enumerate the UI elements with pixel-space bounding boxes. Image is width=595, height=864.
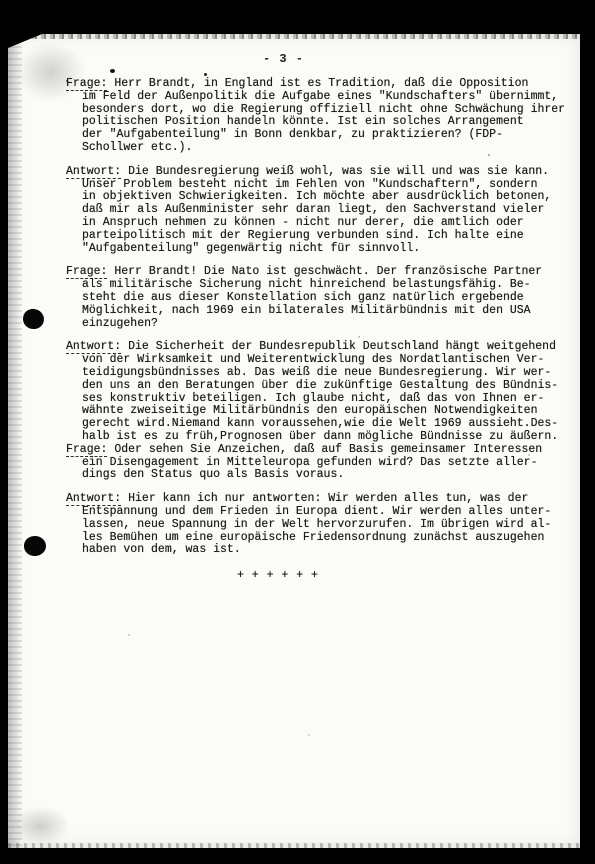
text-line: dings den Status quo als Basis voraus. xyxy=(66,469,578,482)
text-line: Antwort: Die Bundesregierung weiß wohl, … xyxy=(66,166,578,179)
text-line: in Anspruch nehmen zu können - nicht nur… xyxy=(66,217,578,230)
text-line: haben von dem, was ist. xyxy=(66,544,578,557)
text-line: im Feld der Außenpolitik die Aufgabe ein… xyxy=(66,91,578,104)
document-page: - 3 - Frage: Herr Brandt, in England ist… xyxy=(8,34,580,848)
text-line: teidigungsbündnisses ab. Das weiß die ne… xyxy=(66,367,578,380)
text-line: Möglichkeit, nach 1969 ein bilaterales M… xyxy=(66,305,578,318)
end-separator: + + + + + + xyxy=(66,570,578,583)
qa-label: Frage: xyxy=(66,77,107,91)
question-paragraph: Frage: Herr Brandt, in England ist es Tr… xyxy=(66,78,578,155)
punch-hole-top xyxy=(22,308,46,331)
ink-speck xyxy=(110,69,115,73)
text-line: lassen, neue Spannung in der Welt hervor… xyxy=(66,519,578,532)
qa-label: Antwort: xyxy=(66,492,121,506)
qa-label: Antwort: xyxy=(66,165,121,179)
text-line: einzugehen? xyxy=(66,318,578,331)
text-line: Frage: Herr Brandt, in England ist es Tr… xyxy=(66,78,578,91)
text-line: "Aufgabenteilung" gegenwärtig nicht für … xyxy=(66,243,578,256)
bottom-corner-smudge xyxy=(10,806,70,846)
text-line: den uns an den Beratungen über die zukün… xyxy=(66,380,578,393)
scan-edge-noise-bottom xyxy=(8,843,580,848)
page-number: - 3 - xyxy=(263,52,304,66)
text-line: gerecht wird.Niemand kann voraussehen,wi… xyxy=(66,418,578,431)
scan-edge-noise-top xyxy=(8,34,580,39)
qa-label: Frage: xyxy=(66,443,107,457)
text-line: halb ist es zu früh,Prognosen über dann … xyxy=(66,431,578,444)
question-paragraph: Frage: Oder sehen Sie Anzeichen, daß auf… xyxy=(66,444,578,482)
text-line: parteipolitisch mit der Regierung verbun… xyxy=(66,230,578,243)
text-line: Entspannung und dem Frieden in Europa di… xyxy=(66,506,578,519)
text-line: steht die aus dieser Konstellation sich … xyxy=(66,292,578,305)
scan-edge-noise-left xyxy=(8,34,22,848)
text-line: Antwort: Hier kann ich nur antworten: Wi… xyxy=(66,493,578,506)
scan-speck xyxy=(308,734,310,736)
scanned-document: { "page": { "page_number": "- 3 -", "sep… xyxy=(0,0,595,864)
ink-speck xyxy=(204,73,207,76)
text-line: Schollwer etc.). xyxy=(66,142,578,155)
document-body: Frage: Herr Brandt, in England ist es Tr… xyxy=(66,78,578,583)
answer-paragraph: Antwort: Die Sicherheit der Bundesrepubl… xyxy=(66,341,578,443)
question-paragraph: Frage: Herr Brandt! Die Nato ist geschwä… xyxy=(66,266,578,330)
scan-speck xyxy=(128,634,130,636)
punch-hole-bottom xyxy=(23,535,47,557)
answer-paragraph: Antwort: Hier kann ich nur antworten: Wi… xyxy=(66,493,578,557)
answer-paragraph: Antwort: Die Bundesregierung weiß wohl, … xyxy=(66,166,578,256)
text-line: Frage: Oder sehen Sie Anzeichen, daß auf… xyxy=(66,444,578,457)
